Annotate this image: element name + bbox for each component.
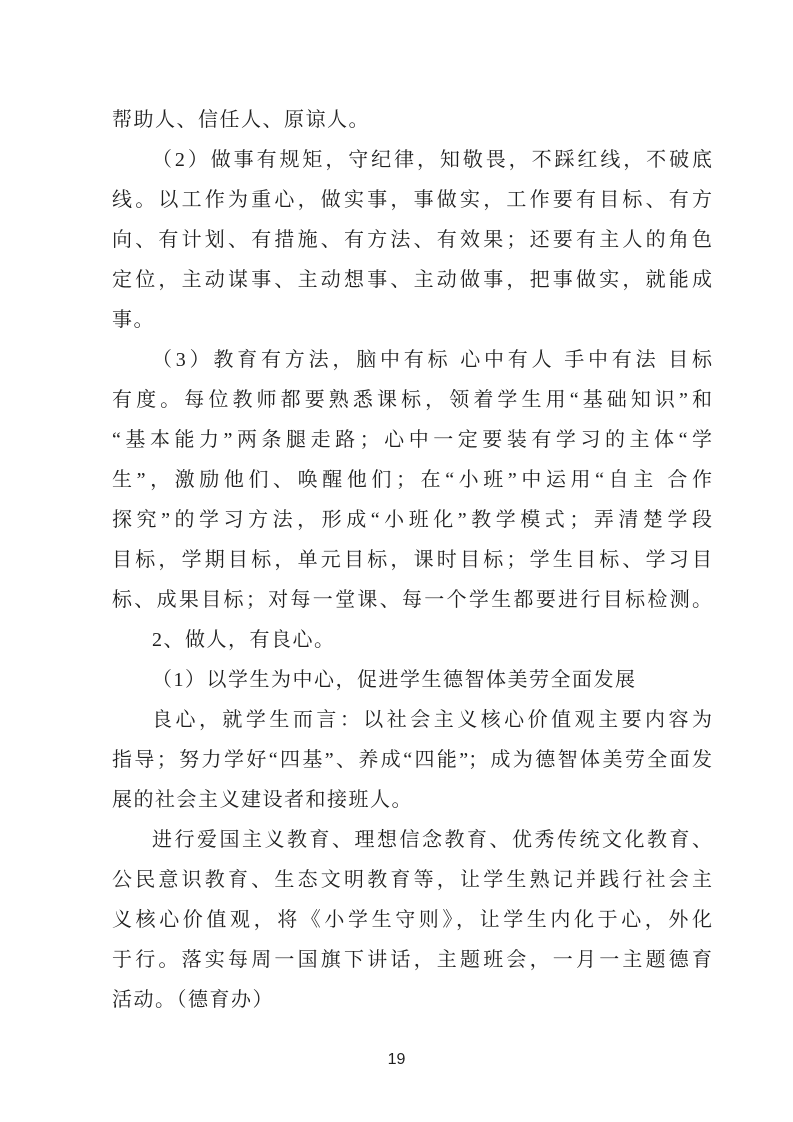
text-line: （1）以学生为中心，促进学生德智体美劳全面发展 — [112, 660, 712, 700]
text-line: 指导；努力学好“四基”、养成“四能”；成为德智体美劳全面发 — [112, 740, 712, 780]
document-page: 帮助人、信任人、原谅人。 （2）做事有规矩，守纪律，知敬畏，不踩红线，不破底 线… — [0, 0, 793, 1122]
text-line: （3）教育有方法，脑中有标 心中有人 手中有法 目标 — [112, 340, 712, 380]
page-body: 帮助人、信任人、原谅人。 （2）做事有规矩，守纪律，知敬畏，不踩红线，不破底 线… — [112, 100, 712, 1020]
text-line: 良心，就学生而言：以社会主义核心价值观主要内容为 — [112, 700, 712, 740]
text-line: 公民意识教育、生态文明教育等，让学生熟记并践行社会主 — [112, 860, 712, 900]
text-line: 帮助人、信任人、原谅人。 — [112, 100, 712, 140]
text-line: 展的社会主义建设者和接班人。 — [112, 780, 712, 820]
text-line: 向、有计划、有措施、有方法、有效果；还要有主人的角色 — [112, 220, 712, 260]
text-line: 事。 — [112, 300, 712, 340]
text-line: 标、成果目标；对每一堂课、每一个学生都要进行目标检测。 — [112, 580, 712, 620]
text-line: 目标，学期目标，单元目标，课时目标；学生目标、学习目 — [112, 540, 712, 580]
text-line: 线。以工作为重心，做实事，事做实，工作要有目标、有方 — [112, 180, 712, 220]
page-number: 19 — [0, 1048, 793, 1072]
text-line: 于行。落实每周一国旗下讲话，主题班会，一月一主题德育 — [112, 940, 712, 980]
text-line: 义核心价值观，将《小学生守则》，让学生内化于心，外化 — [112, 900, 712, 940]
text-line: 有度。每位教师都要熟悉课标，领着学生用“基础知识”和 — [112, 380, 712, 420]
text-line: 活动。（德育办） — [112, 980, 712, 1020]
text-line: 进行爱国主义教育、理想信念教育、优秀传统文化教育、 — [112, 820, 712, 860]
text-line: （2）做事有规矩，守纪律，知敬畏，不踩红线，不破底 — [112, 140, 712, 180]
text-line: 2、做人，有良心。 — [112, 620, 712, 660]
text-line: “基本能力”两条腿走路；心中一定要装有学习的主体“学 — [112, 420, 712, 460]
text-line: 生”，激励他们、唤醒他们；在“小班”中运用“自主 合作 — [112, 460, 712, 500]
text-line: 探究”的学习方法，形成“小班化”教学模式；弄清楚学段 — [112, 500, 712, 540]
text-line: 定位，主动谋事、主动想事、主动做事，把事做实，就能成 — [112, 260, 712, 300]
